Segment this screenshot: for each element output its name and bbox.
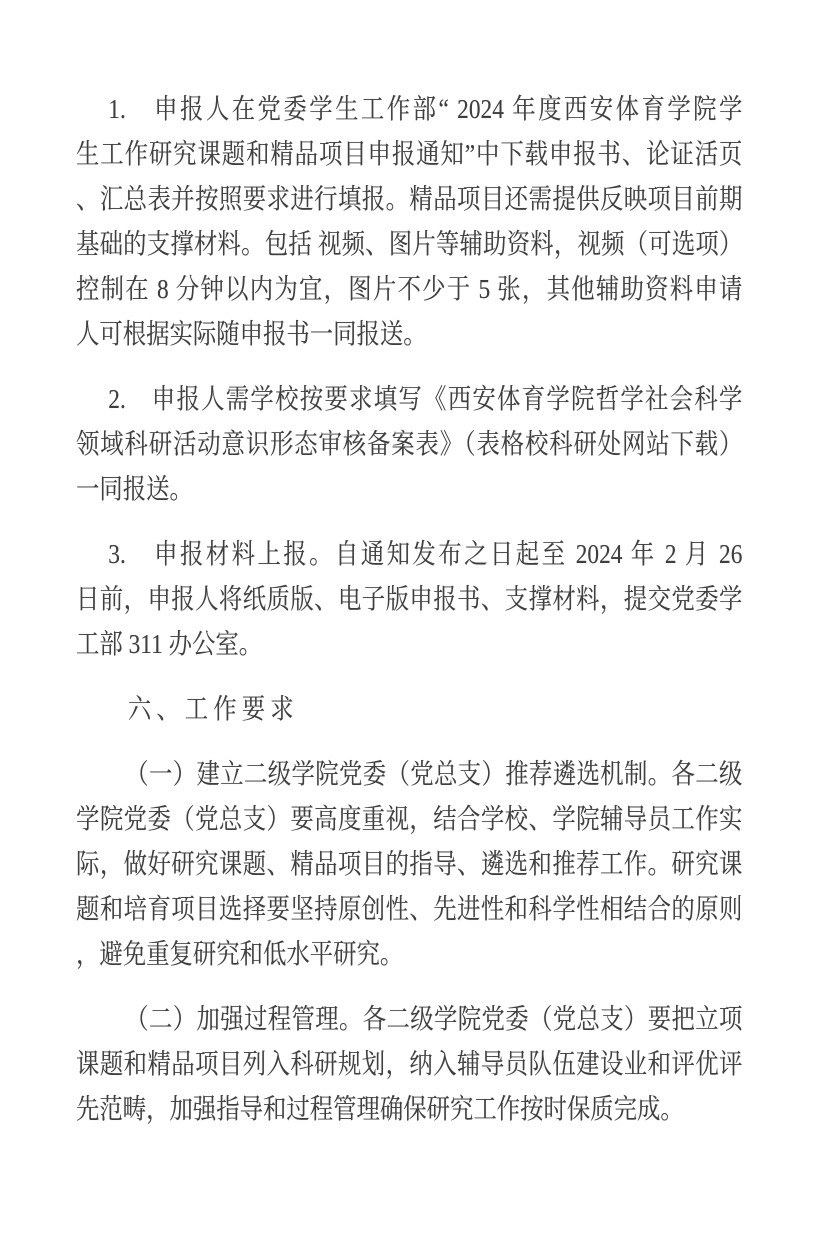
text-line: 1. 申报人在党委学生工作部“ 2024 年度西安体育学院学 — [76, 86, 742, 131]
text-line: （一）建立二级学院党委（党总支）推荐遴选机制。各二级 — [76, 751, 742, 796]
text-line: 日前，申报人将纸质版、电子版申报书、支撑材料，提交党委学 — [76, 576, 742, 621]
text-line: 际，做好研究课题、精品项目的指导、遴选和推荐工作。研究课 — [76, 841, 742, 886]
paragraph-numbered-2: 2. 申报人需学校按要求填写《西安体育学院哲学社会科学 领域科研活动意识形态审核… — [76, 376, 742, 511]
text-line: ，避免重复研究和低水平研究。 — [76, 931, 742, 976]
section-heading-block: 六、工作要求 — [76, 686, 742, 731]
text-line: 2. 申报人需学校按要求填写《西安体育学院哲学社会科学 — [76, 376, 742, 421]
paragraph-sub-item-1: （一）建立二级学院党委（党总支）推荐遴选机制。各二级 学院党委（党总支）要高度重… — [76, 751, 742, 976]
text-line: 工部 311 办公室。 — [76, 621, 742, 666]
text-line: 基础的支撑材料。包括 视频、图片等辅助资料，视频（可选项） — [76, 221, 742, 266]
text-line: 一同报送。 — [76, 466, 742, 511]
text-line: 人可根据实际随申报书一同报送。 — [76, 311, 742, 356]
text-line: 控制在 8 分钟以内为宜，图片不少于 5 张，其他辅助资料申请 — [76, 266, 742, 311]
paragraph-sub-item-2: （二）加强过程管理。各二级学院党委（党总支）要把立项 课题和精品项目列入科研规划… — [76, 996, 742, 1131]
document-page: 1. 申报人在党委学生工作部“ 2024 年度西安体育学院学 生工作研究课题和精… — [0, 0, 828, 1252]
text-line: 题和培育项目选择要坚持原创性、先进性和科学性相结合的原则 — [76, 886, 742, 931]
text-line: 课题和精品项目列入科研规划，纳入辅导员队伍建设业和评优评 — [76, 1041, 742, 1086]
paragraph-numbered-3: 3. 申报材料上报。自通知发布之日起至 2024 年 2 月 26 日前，申报人… — [76, 531, 742, 666]
text-line: 先范畴，加强指导和过程管理确保研究工作按时保质完成。 — [76, 1086, 742, 1131]
text-line: 领域科研活动意识形态审核备案表》（表格校科研处网站下载） — [76, 421, 742, 466]
text-line: 学院党委（党总支）要高度重视，结合学校、学院辅导员工作实 — [76, 796, 742, 841]
section-heading: 六、工作要求 — [76, 686, 742, 731]
text-line: 生工作研究课题和精品项目申报通知”中下载申报书、论证活页 — [76, 131, 742, 176]
document-body: 1. 申报人在党委学生工作部“ 2024 年度西安体育学院学 生工作研究课题和精… — [76, 86, 742, 1131]
text-line: 、汇总表并按照要求进行填报。精品项目还需提供反映项目前期 — [76, 176, 742, 221]
text-line: 3. 申报材料上报。自通知发布之日起至 2024 年 2 月 26 — [76, 531, 742, 576]
text-line: （二）加强过程管理。各二级学院党委（党总支）要把立项 — [76, 996, 742, 1041]
paragraph-numbered-1: 1. 申报人在党委学生工作部“ 2024 年度西安体育学院学 生工作研究课题和精… — [76, 86, 742, 356]
